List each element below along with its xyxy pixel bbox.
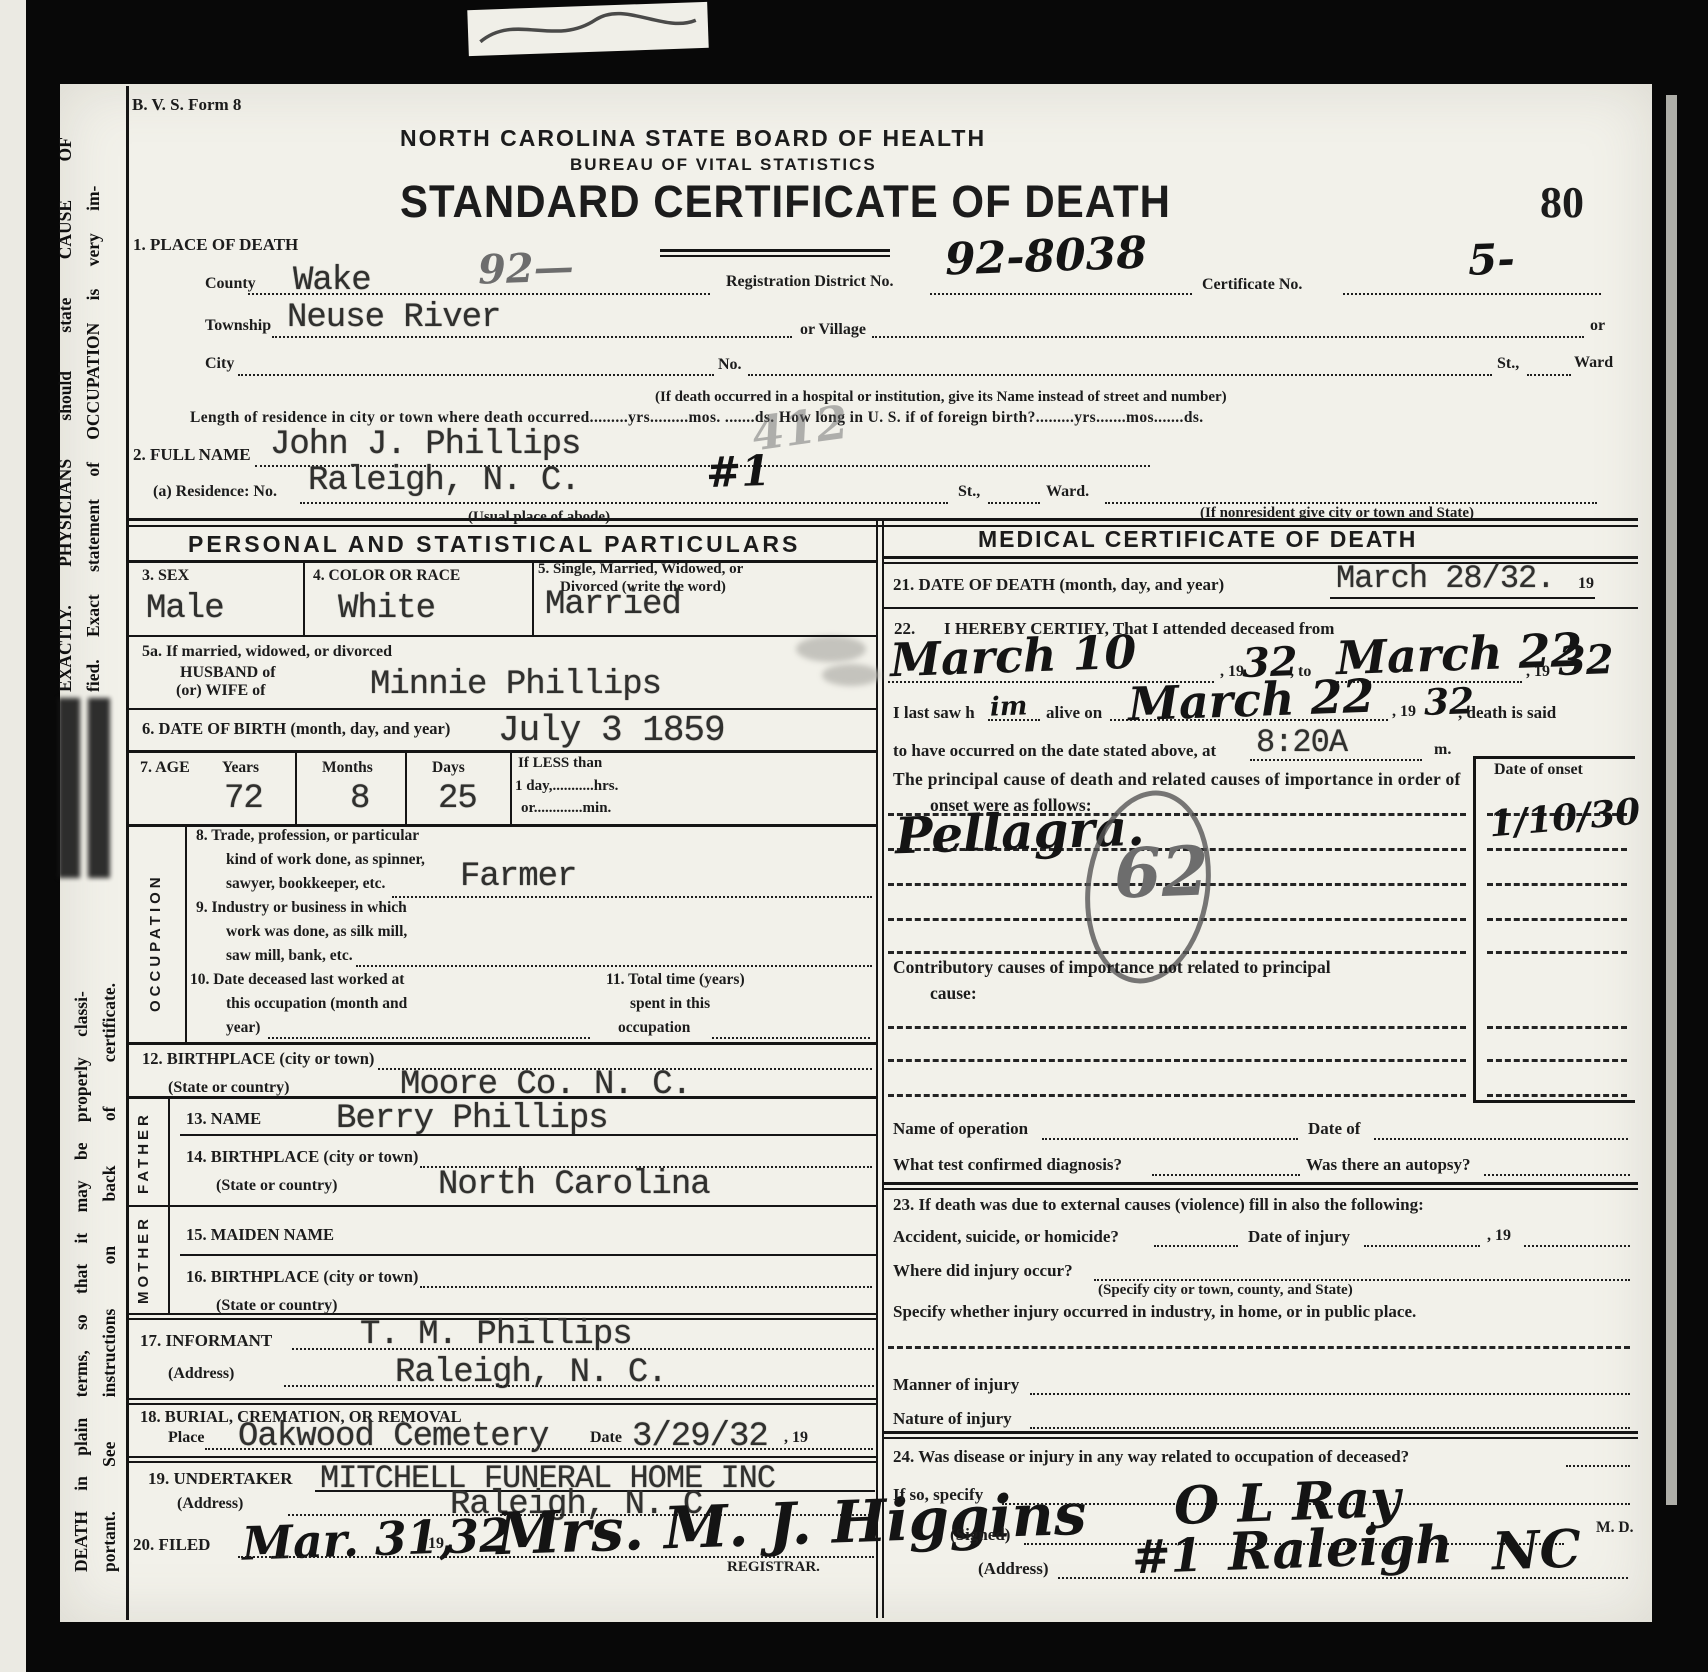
last-saw-label-2: alive on xyxy=(1046,704,1102,722)
contributory-label-2: cause: xyxy=(930,984,977,1002)
rule xyxy=(128,635,876,637)
filed-date-handwritten: Mar. 31, xyxy=(241,1512,455,1568)
if-less-label-2: 1 day,...........hrs. xyxy=(515,779,618,795)
rule xyxy=(180,1134,876,1136)
nonresident-note: (If nonresident give city or town and St… xyxy=(1200,506,1474,522)
item8-line1: 8. Trade, profession, or particular xyxy=(196,828,419,844)
or-label: or xyxy=(1590,318,1605,335)
township-label: Township xyxy=(205,318,271,335)
column-divider xyxy=(876,520,878,1618)
dotted-line xyxy=(712,1037,870,1039)
dotted-line xyxy=(238,374,714,376)
dotted-line xyxy=(392,896,872,898)
item9-line2: work was done, as silk mill, xyxy=(226,924,407,940)
date-of-injury-label: Date of injury xyxy=(1248,1228,1350,1246)
margin-instruction-bottom-inner: portant. See instructions on back of cer… xyxy=(100,983,118,1572)
cause-line xyxy=(888,1059,1466,1062)
dotted-line xyxy=(1484,1174,1630,1176)
marital-label-1: 5. Single, Married, Widowed, or xyxy=(538,562,743,578)
township-value: Neuse River xyxy=(287,301,500,337)
residence-st-label: St., xyxy=(958,484,980,501)
days-label: Days xyxy=(432,760,465,776)
page-number: 80 xyxy=(1540,180,1584,226)
last-saw-im-handwritten: im xyxy=(990,693,1028,722)
side-divider xyxy=(168,1098,170,1205)
item5a-label: 5a. If married, widowed, or divorced xyxy=(142,644,392,661)
abode-note: (Usual place of abode) xyxy=(468,510,610,526)
item10-line1: 10. Date deceased last worked at xyxy=(190,972,404,988)
last-saw-label-3: , death is said xyxy=(1458,704,1556,722)
length-of-residence-line: Length of residence in city or town wher… xyxy=(190,410,1204,426)
certificate-no-value: 5- xyxy=(1467,237,1515,283)
specify-city-note: (Specify city or town, county, and State… xyxy=(1098,1283,1353,1299)
occupation-side-label: OCCUPATION xyxy=(148,873,164,1012)
dotted-line xyxy=(268,1037,590,1039)
residence-ward-label: Ward. xyxy=(1046,484,1089,501)
dotted-line xyxy=(1154,1245,1238,1247)
occurred-label: to have occurred on the date stated abov… xyxy=(893,742,1216,760)
where-injury-label: Where did injury occur? xyxy=(893,1262,1073,1280)
age-days-value: 25 xyxy=(438,782,477,818)
dotted-line xyxy=(1042,1138,1298,1140)
filed-label: 20. FILED xyxy=(133,1536,210,1554)
birthplace-state-label: (State or country) xyxy=(168,1080,289,1097)
column-divider xyxy=(882,520,884,1618)
onset-line xyxy=(1487,1026,1627,1029)
rule xyxy=(884,556,1638,559)
dotted-line xyxy=(988,502,1040,504)
rule xyxy=(128,1205,876,1207)
scanned-death-certificate: EXACTLY. PHYSICIANS should state CAUSE O… xyxy=(0,0,1708,1672)
m-label: m. xyxy=(1434,742,1451,759)
test-label: What test confirmed diagnosis? xyxy=(893,1156,1122,1174)
age-label: 7. AGE xyxy=(140,760,190,777)
dotted-line xyxy=(888,1346,1630,1349)
dotted-line xyxy=(1566,1465,1630,1467)
md-label: M. D. xyxy=(1596,1520,1633,1536)
maiden-name-label: 15. MAIDEN NAME xyxy=(186,1226,334,1243)
dotted-line xyxy=(356,965,872,967)
margin-smudge xyxy=(58,698,80,878)
occupation-value: Farmer xyxy=(460,860,576,896)
rule xyxy=(128,750,876,753)
dotted-line xyxy=(1030,1393,1630,1395)
onset-line xyxy=(1487,1059,1627,1062)
personal-section-header: PERSONAL AND STATISTICAL PARTICULARS xyxy=(188,532,800,556)
father-name-label: 13. NAME xyxy=(186,1110,261,1127)
item11-line3: occupation xyxy=(618,1020,690,1036)
cell-divider xyxy=(510,752,512,824)
ink-artifact xyxy=(822,664,880,686)
dotted-line xyxy=(930,293,1192,295)
rule xyxy=(1330,597,1595,599)
signed-label: (Signed) xyxy=(950,1526,1010,1544)
full-name-label: 2. FULL NAME xyxy=(133,446,251,464)
cause-line xyxy=(888,1094,1466,1097)
item8-line2: kind of work done, as spinner, xyxy=(226,852,425,868)
scanner-edge-strip xyxy=(0,0,26,1672)
father-birthplace-label: 14. BIRTHPLACE (city or town) xyxy=(186,1148,418,1165)
wife-of-label: (or) WIFE of xyxy=(176,683,265,700)
rule xyxy=(128,560,876,563)
ward-label: Ward xyxy=(1574,355,1613,372)
burial-date-value: 3/29/32 xyxy=(632,1420,768,1456)
rule xyxy=(128,1398,876,1400)
last-saw-19-label: , 19 xyxy=(1392,704,1416,721)
item11-line1: 11. Total time (years) xyxy=(606,972,745,988)
cell-divider xyxy=(532,562,534,635)
dotted-line xyxy=(1250,759,1422,761)
dotted-line xyxy=(1524,1245,1630,1247)
rule xyxy=(180,1254,876,1256)
margin-instruction-bottom-outer: DEATH in plain terms, so that it may be … xyxy=(72,991,90,1572)
burial-place-value: Oakwood Cemetery xyxy=(238,1420,548,1456)
burial-19-label: , 19 xyxy=(784,1430,808,1447)
city-label: City xyxy=(205,356,234,373)
nature-of-injury-label: Nature of injury xyxy=(893,1410,1012,1428)
side-divider xyxy=(168,1207,170,1313)
item8-line3: sawyer, bookkeeper, etc. xyxy=(226,876,385,892)
birthplace-label: 12. BIRTHPLACE (city or town) xyxy=(142,1050,374,1067)
hospital-note: (If death occurred in a hospital or inst… xyxy=(655,390,1227,406)
autopsy-label: Was there an autopsy? xyxy=(1306,1156,1471,1174)
rule xyxy=(128,1042,876,1045)
onset-line xyxy=(1487,951,1627,954)
age-months-value: 8 xyxy=(350,782,369,818)
father-side-label: FATHER xyxy=(136,1111,152,1194)
dob-value: July 3 1859 xyxy=(498,712,725,750)
ink-artifact xyxy=(796,636,866,662)
to-19-label: , 19 xyxy=(1526,664,1550,681)
injury-19-label: , 19 xyxy=(1487,1228,1511,1245)
dotted-line xyxy=(1030,1427,1630,1429)
dotted-line xyxy=(300,502,948,504)
dotted-line xyxy=(1374,1138,1628,1140)
item9-line1: 9. Industry or business in which xyxy=(196,900,407,916)
if-less-label-1: If LESS than xyxy=(518,756,602,772)
date-of-death-value: March 28/32. xyxy=(1336,562,1554,596)
onset-line xyxy=(1487,1094,1627,1097)
dotted-line xyxy=(748,374,1492,376)
residence-number-handwritten: #1 xyxy=(705,449,771,495)
pen-squiggle xyxy=(467,2,708,56)
rule xyxy=(884,1182,1638,1185)
principal-cause-label-1: The principal cause of death and related… xyxy=(893,770,1461,788)
item11-line2: spent in this xyxy=(630,996,710,1012)
dotted-line xyxy=(420,1286,872,1288)
registration-district-label: Registration District No. xyxy=(726,274,894,291)
onset-line xyxy=(1487,883,1627,886)
dotted-line xyxy=(1343,293,1601,295)
dotted-line xyxy=(1105,502,1597,504)
contributory-label-1: Contributory causes of importance not re… xyxy=(893,958,1331,976)
months-label: Months xyxy=(322,760,373,776)
dotted-line xyxy=(1094,1279,1630,1281)
cause-code-value: 62 xyxy=(1113,836,1210,911)
sex-label: 3. SEX xyxy=(142,568,189,585)
attended-from-handwritten: March 10 xyxy=(889,628,1137,685)
if-less-label-3: or.............min. xyxy=(521,801,611,817)
if-so-specify-label: If so, specify xyxy=(893,1486,983,1504)
board-title: NORTH CAROLINA STATE BOARD OF HEALTH xyxy=(400,126,986,150)
cell-divider xyxy=(405,752,407,824)
full-name-value: John J. Phillips xyxy=(270,428,580,464)
date-of-death-label: 21. DATE OF DEATH (month, day, and year) xyxy=(893,576,1224,594)
husband-of-label: HUSBAND of xyxy=(180,665,276,682)
undertaker-address-label: (Address) xyxy=(177,1496,243,1513)
item23-label: 23. If death was due to external causes … xyxy=(893,1196,1424,1214)
dotted-line xyxy=(284,1385,874,1387)
manner-of-injury-label: Manner of injury xyxy=(893,1376,1019,1394)
sex-value: Male xyxy=(146,592,224,628)
margin-smudge xyxy=(88,698,110,878)
father-birthplace-value: North Carolina xyxy=(438,1168,710,1204)
specify-whether-label: Specify whether injury occurred in indus… xyxy=(893,1303,1416,1321)
onset-box-bottom xyxy=(1473,1100,1635,1103)
residence-label: (a) Residence: No. xyxy=(153,484,277,501)
dotted-line xyxy=(1364,1245,1480,1247)
address-state-handwritten: NC xyxy=(1491,1522,1582,1580)
to-year-handwritten: 32 xyxy=(1557,639,1614,683)
years-label: Years xyxy=(222,760,259,776)
item24-label: 24. Was disease or injury in any way rel… xyxy=(893,1448,1409,1466)
onset-line xyxy=(1487,918,1627,921)
undertaker-label: 19. UNDERTAKER xyxy=(148,1470,293,1488)
filed-19-label: 19 xyxy=(428,1536,444,1553)
rule xyxy=(884,1431,1638,1434)
cell-divider xyxy=(303,562,305,635)
father-name-value: Berry Phillips xyxy=(336,1102,608,1138)
dotted-line xyxy=(1527,374,1571,376)
date-of-onset-label: Date of onset xyxy=(1494,762,1583,779)
color-label: 4. COLOR OR RACE xyxy=(313,568,460,584)
mother-birthplace-label: 16. BIRTHPLACE (city or town) xyxy=(186,1268,418,1285)
residence-value: Raleigh, N. C. xyxy=(308,464,580,500)
time-of-death-value: 8:20A xyxy=(1256,726,1347,760)
paper-corner-sliver xyxy=(467,2,708,56)
informant-label: 17. INFORMANT xyxy=(140,1332,272,1350)
rule xyxy=(128,1313,876,1315)
or-village-label: or Village xyxy=(800,322,866,339)
mother-side-label: MOTHER xyxy=(136,1215,152,1304)
onset-box-top xyxy=(1473,756,1635,759)
rule xyxy=(660,249,890,252)
medical-section-header: MEDICAL CERTIFICATE OF DEATH xyxy=(978,527,1417,551)
registrar-label: REGISTRAR. xyxy=(727,1560,820,1576)
address-number-handwritten: #1 xyxy=(1131,1531,1203,1582)
address-city-handwritten: Raleigh xyxy=(1227,1518,1454,1580)
dotted-line xyxy=(292,1348,874,1350)
certificate-no-label: Certificate No. xyxy=(1202,277,1302,294)
father-state-label: (State or country) xyxy=(216,1178,337,1195)
dotted-line xyxy=(238,1556,874,1558)
color-value: White xyxy=(338,592,435,628)
last-saw-date-handwritten: March 22 xyxy=(1127,672,1375,729)
onset-line xyxy=(1487,848,1627,851)
st-label: St., xyxy=(1497,356,1519,373)
bureau-title: BUREAU OF VITAL STATISTICS xyxy=(570,156,877,174)
item10-line2: this occupation (month and xyxy=(226,996,407,1012)
side-divider xyxy=(185,826,187,1042)
onset-box-left xyxy=(1473,756,1476,1102)
form-number: B. V. S. Form 8 xyxy=(132,96,241,114)
signed-address-label: (Address) xyxy=(978,1560,1049,1578)
right-edge-sliver xyxy=(1666,95,1677,1505)
rule xyxy=(884,1188,1638,1190)
county-value: Wake xyxy=(293,264,371,300)
spouse-value: Minnie Phillips xyxy=(370,668,661,704)
rule xyxy=(128,1096,876,1099)
county-code-handwritten: 92— xyxy=(477,246,574,291)
section-place-of-death: 1. PLACE OF DEATH xyxy=(133,236,298,254)
margin-instruction-top-outer: EXACTLY. PHYSICIANS should state CAUSE O… xyxy=(56,137,74,692)
date-of-death-19: 19 xyxy=(1578,576,1594,593)
rule xyxy=(884,607,1638,609)
informant-address-label: (Address) xyxy=(168,1366,234,1383)
certificate-title: STANDARD CERTIFICATE OF DEATH xyxy=(400,178,1171,226)
accident-label: Accident, suicide, or homicide? xyxy=(893,1228,1119,1246)
county-label: County xyxy=(205,276,256,293)
dotted-line xyxy=(872,336,1584,338)
marital-value: Married xyxy=(545,588,681,624)
form-left-border xyxy=(126,86,129,1620)
rule xyxy=(128,1403,876,1405)
dotted-line xyxy=(1152,1174,1300,1176)
rule xyxy=(128,1456,876,1458)
no-label: No. xyxy=(718,357,742,374)
registration-district-value: 92-8038 xyxy=(944,230,1147,283)
burial-date-label: Date xyxy=(590,1430,622,1447)
burial-place-label: Place xyxy=(168,1430,204,1447)
last-saw-label-1: I last saw h xyxy=(893,704,975,722)
cell-divider xyxy=(295,752,297,824)
date-of-label: Date of xyxy=(1308,1120,1360,1138)
rule xyxy=(884,1437,1638,1439)
rule xyxy=(660,255,890,257)
margin-instruction-top-inner: fied. Exact statement of OCCUPATION is v… xyxy=(84,186,102,692)
dob-label: 6. DATE OF BIRTH (month, day, and year) xyxy=(142,720,450,737)
age-years-value: 72 xyxy=(224,782,263,818)
item9-line3: saw mill, bank, etc. xyxy=(226,948,353,964)
operation-label: Name of operation xyxy=(893,1120,1028,1138)
cause-line xyxy=(888,1026,1466,1029)
item10-line3: year) xyxy=(226,1020,260,1036)
dotted-line xyxy=(988,719,1040,721)
